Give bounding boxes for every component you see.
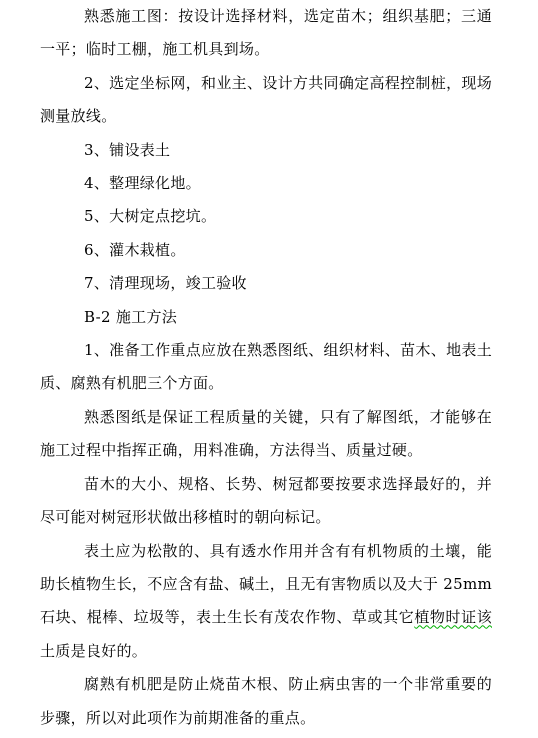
paragraph: 6、灌木栽植。 (40, 234, 492, 267)
paragraph: 4、整理绿化地。 (40, 167, 492, 200)
paragraph-text-segment: 土质是良好的。 (40, 642, 147, 660)
paragraph: 熟悉图纸是保证工程质量的关键，只有了解图纸，才能够在施工过程中指挥正确，用料准确… (40, 401, 492, 468)
section-heading: B-2 施工方法 (40, 301, 492, 334)
grammar-check-flagged-text: 植物时证该 (414, 608, 492, 626)
paragraph: 3、铺设表土 (40, 134, 492, 167)
document-page: 熟悉施工图：按设计选择材料，选定苗木；组织基肥；三通一平；临时工棚，施工机具到场… (0, 0, 538, 738)
paragraph: 1、准备工作重点应放在熟悉图纸、组织材料、苗木、地表土质、腐熟有机肥三个方面。 (40, 334, 492, 401)
paragraph: 7、清理现场，竣工验收 (40, 267, 492, 300)
paragraph: 腐熟有机肥是防止烧苗木根、防止病虫害的一个非常重要的步骤，所以对此项作为前期准备… (40, 668, 492, 735)
paragraph: 5、大树定点挖坑。 (40, 200, 492, 233)
paragraph: 表土应为松散的、具有透水作用并含有有机物质的土壤，能助长植物生长，不应含有盐、碱… (40, 535, 492, 669)
paragraph: 2、选定坐标网，和业主、设计方共同确定高程控制桩，现场测量放线。 (40, 67, 492, 134)
paragraph: 熟悉施工图：按设计选择材料，选定苗木；组织基肥；三通一平；临时工棚，施工机具到场… (40, 0, 492, 67)
paragraph: 苗木的大小、规格、长势、树冠都要按要求选择最好的，并尽可能对树冠形状做出移植时的… (40, 468, 492, 535)
